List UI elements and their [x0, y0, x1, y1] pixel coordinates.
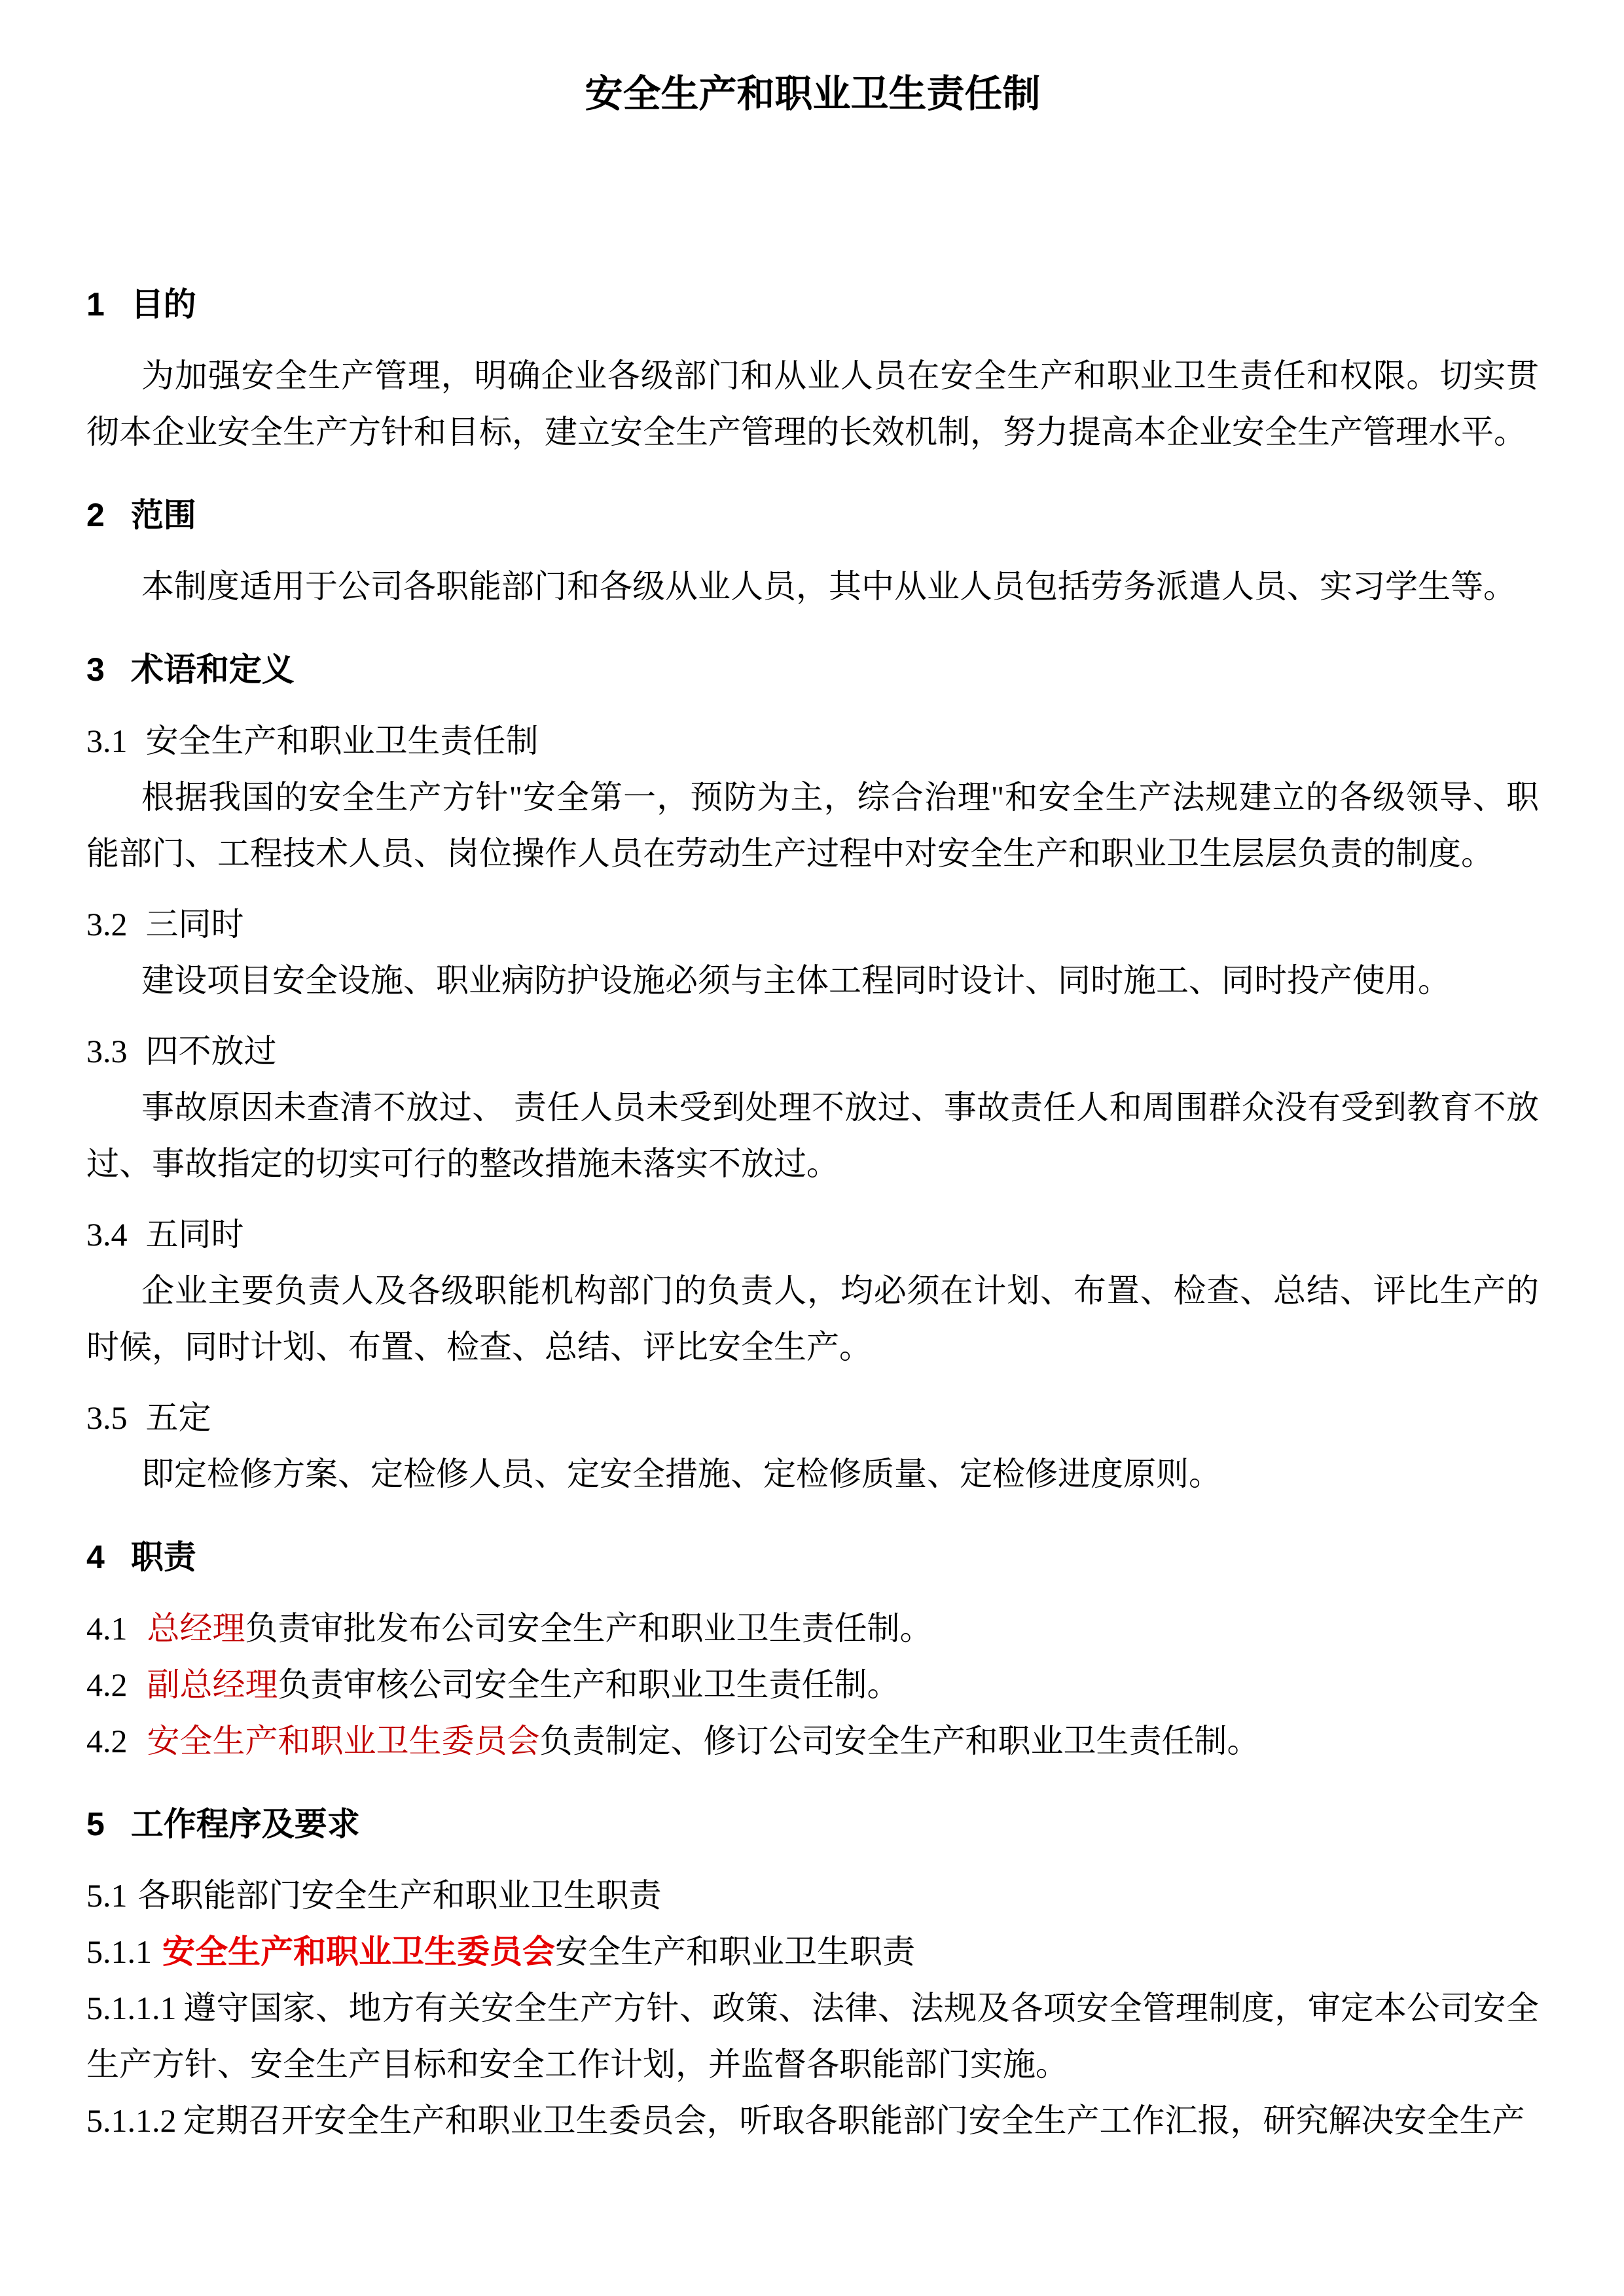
clause-5-1-1-committee: 安全生产和职业卫生委员会 [162, 1933, 555, 1970]
clause-5-1-1-2-number: 5.1.1.2 [86, 2092, 177, 2149]
responsibility-item-1-number: 4.1 [86, 1600, 128, 1657]
section-1-title: 目的 [131, 286, 196, 323]
section-2-heading: 2范围 [86, 494, 1539, 536]
clause-5-1-1-1-number: 5.1.1.1 [86, 1980, 177, 2036]
clause-5-1-1-1-text: 遵守国家、地方有关安全生产方针、政策、法律、法规及各项安全管理制度，审定本公司安… [86, 1990, 1539, 2083]
section-4-title: 职责 [131, 1539, 196, 1575]
section-3-number: 3 [86, 649, 105, 691]
section-4-heading: 4职责 [86, 1536, 1539, 1578]
term-3-4-heading: 3.4五同时 [86, 1206, 1539, 1263]
section-2-title: 范围 [131, 497, 196, 533]
document-title: 安全生产和职业卫生责任制 [86, 69, 1539, 120]
section-3-title: 术语和定义 [131, 651, 295, 688]
section-5-heading: 5工作程序及要求 [86, 1803, 1539, 1845]
term-3-4-number: 3.4 [86, 1206, 128, 1263]
clause-5-1-number: 5.1 [86, 1867, 128, 1924]
term-3-3-heading: 3.3四不放过 [86, 1023, 1539, 1079]
section-2-paragraph: 本制度适用于公司各职能部门和各级从业人员，其中从业人员包括劳务派遣人员、实习学生… [86, 558, 1539, 615]
term-3-5-paragraph: 即定检修方案、定检修人员、定安全措施、定检修质量、定检修进度原则。 [86, 1446, 1539, 1502]
term-3-1-heading: 3.1安全生产和职业卫生责任制 [86, 713, 1539, 769]
term-3-1-paragraph: 根据我国的安全生产方针"安全第一，预防为主，综合治理"和安全生产法规建立的各级领… [86, 769, 1539, 882]
term-3-2-title: 三同时 [146, 906, 244, 942]
term-3-5-number: 3.5 [86, 1390, 128, 1446]
term-3-3-title: 四不放过 [146, 1033, 277, 1069]
section-2-number: 2 [86, 494, 105, 536]
section-5-title: 工作程序及要求 [131, 1806, 360, 1842]
term-3-1-number: 3.1 [86, 713, 128, 769]
responsibility-item-3-duty: 负责制定、修订公司安全生产和职业卫生责任制。 [540, 1723, 1260, 1759]
term-3-3-paragraph: 事故原因未查清不放过、 责任人员未受到处理不放过、事故责任人和周围群众没有受到教… [86, 1079, 1539, 1192]
responsibility-item-1: 4.1总经理负责审批发布公司安全生产和职业卫生责任制。 [86, 1600, 1539, 1657]
responsibility-item-2-duty: 负责审核公司安全生产和职业卫生责任制。 [278, 1666, 900, 1703]
clause-5-1-1-2-paragraph: 5.1.1.2定期召开安全生产和职业卫生委员会，听取各职能部门安全生产工作汇报，… [86, 2092, 1539, 2149]
responsibility-item-3: 4.2安全生产和职业卫生委员会负责制定、修订公司安全生产和职业卫生责任制。 [86, 1713, 1539, 1769]
responsibility-item-3-role: 安全生产和职业卫生委员会 [147, 1723, 540, 1759]
responsibility-item-2-role: 副总经理 [147, 1666, 278, 1703]
term-3-4-title: 五同时 [146, 1216, 244, 1253]
clause-5-1-1-2-text: 定期召开安全生产和职业卫生委员会，听取各职能部门安全生产工作汇报，研究解决安全生… [183, 2102, 1525, 2139]
term-3-5-heading: 3.5五定 [86, 1390, 1539, 1446]
term-3-3-number: 3.3 [86, 1023, 128, 1079]
responsibility-item-1-role: 总经理 [147, 1610, 245, 1647]
clause-5-1-heading: 5.1各职能部门安全生产和职业卫生职责 [86, 1867, 1539, 1924]
section-3-heading: 3术语和定义 [86, 649, 1539, 691]
section-1-number: 1 [86, 283, 105, 325]
term-3-2-paragraph: 建设项目安全设施、职业病防护设施必须与主体工程同时设计、同时施工、同时投产使用。 [86, 952, 1539, 1009]
clause-5-1-title: 各职能部门安全生产和职业卫生职责 [138, 1877, 662, 1914]
section-5-number: 5 [86, 1803, 105, 1845]
term-3-2-heading: 3.2三同时 [86, 896, 1539, 952]
section-1-heading: 1目的 [86, 283, 1539, 325]
clause-5-1-1-number: 5.1.1 [86, 1924, 152, 1980]
term-3-2-number: 3.2 [86, 896, 128, 952]
clause-5-1-1-title-rest: 安全生产和职业卫生职责 [555, 1933, 915, 1970]
term-3-1-title: 安全生产和职业卫生责任制 [146, 723, 539, 759]
section-4-number: 4 [86, 1536, 105, 1578]
responsibility-item-2: 4.2副总经理负责审核公司安全生产和职业卫生责任制。 [86, 1657, 1539, 1713]
clause-5-1-1-heading: 5.1.1安全生产和职业卫生委员会安全生产和职业卫生职责 [86, 1924, 1539, 1980]
responsibility-item-1-duty: 负责审批发布公司安全生产和职业卫生责任制。 [245, 1610, 933, 1647]
term-3-5-title: 五定 [146, 1399, 211, 1436]
responsibility-item-3-number: 4.2 [86, 1713, 128, 1769]
term-3-4-paragraph: 企业主要负责人及各级职能机构部门的负责人，均必须在计划、布置、检查、总结、评比生… [86, 1263, 1539, 1375]
document-page: 安全生产和职业卫生责任制 1目的 为加强安全生产管理，明确企业各级部门和从业人员… [0, 0, 1624, 2296]
responsibility-item-2-number: 4.2 [86, 1657, 128, 1713]
clause-5-1-1-1-paragraph: 5.1.1.1遵守国家、地方有关安全生产方针、政策、法律、法规及各项安全管理制度… [86, 1980, 1539, 2092]
section-1-paragraph: 为加强安全生产管理，明确企业各级部门和从业人员在安全生产和职业卫生责任和权限。切… [86, 348, 1539, 460]
